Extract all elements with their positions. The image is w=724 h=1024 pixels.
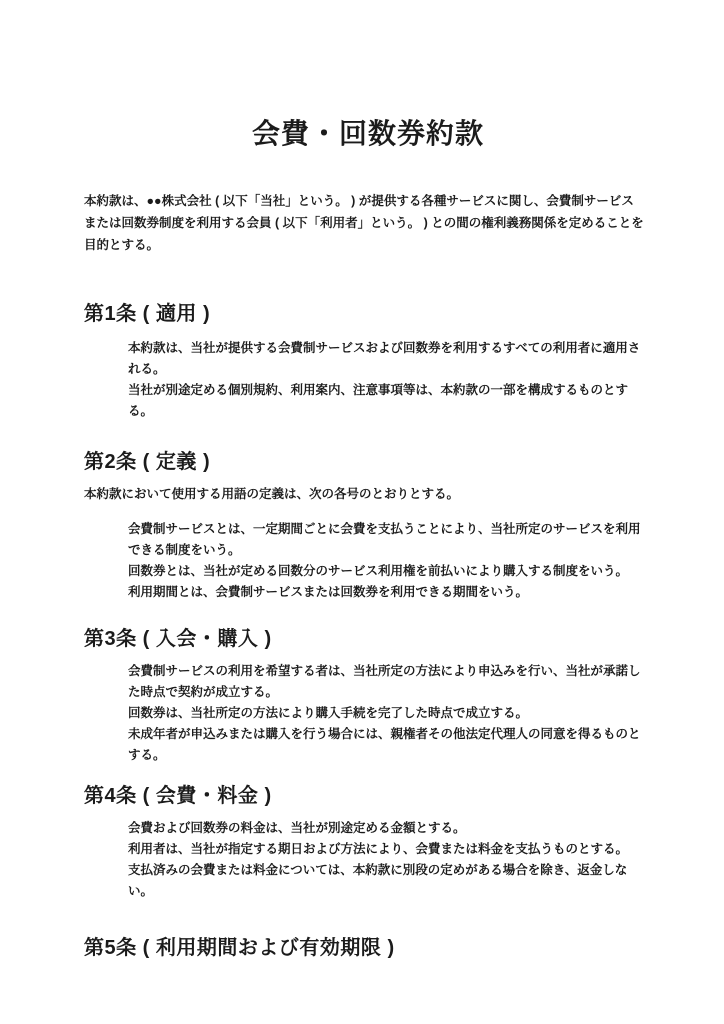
clause-text: 利用期間とは、会費制サービスまたは回数券を利用できる期間をいう。	[128, 582, 642, 603]
article-4-section: 第4条 ( 会費・料金 ) 会費および回数券の料金は、当社が別途定める金額とする…	[84, 782, 652, 902]
clause-text: 回数券とは、当社が定める回数分のサービス利用権を前払いにより購入する制度をいう。	[128, 561, 642, 582]
clause-text: 利用者は、当社が指定する期日および方法により、会費または料金を支払うものとする。	[128, 839, 642, 860]
intro-paragraph: 本約款は、●●株式会社 ( 以下「当社」という。 ) が提供する各種サービスに関…	[84, 190, 644, 256]
clause-text: 会費および回数券の料金は、当社が別途定める金額とする。	[128, 818, 642, 839]
article-1-clauses: 本約款は、当社が提供する会費制サービスおよび回数券を利用するすべての利用者に適用…	[128, 338, 642, 422]
clause-text: 当社が別途定める個別規約、利用案内、注意事項等は、本約款の一部を構成するものとす…	[128, 380, 642, 422]
article-5-heading: 第5条 ( 利用期間および有効期限 )	[84, 934, 652, 962]
clause-text: 会費制サービスの利用を希望する者は、当社所定の方法により申込みを行い、当社が承諾…	[128, 661, 642, 703]
clause-text: 回数券は、当社所定の方法により購入手続を完了した時点で成立する。	[128, 703, 642, 724]
article-4-clauses: 会費および回数券の料金は、当社が別途定める金額とする。 利用者は、当社が指定する…	[128, 818, 642, 902]
article-2-heading: 第2条 ( 定義 )	[84, 448, 652, 476]
article-2-section: 第2条 ( 定義 ) 本約款において使用する用語の定義は、次の各号のとおりとする…	[84, 448, 652, 603]
article-3-heading: 第3条 ( 入会・購入 )	[84, 625, 652, 653]
article-1-section: 第1条 ( 適用 ) 本約款は、当社が提供する会費制サービスおよび回数券を利用す…	[84, 300, 652, 422]
document-page: 会費・回数券約款 本約款は、●●株式会社 ( 以下「当社」という。 ) が提供す…	[0, 0, 724, 1024]
clause-text: 本約款は、当社が提供する会費制サービスおよび回数券を利用するすべての利用者に適用…	[128, 338, 642, 380]
article-3-section: 第3条 ( 入会・購入 ) 会費制サービスの利用を希望する者は、当社所定の方法に…	[84, 625, 652, 766]
article-5-section: 第5条 ( 利用期間および有効期限 )	[84, 934, 652, 962]
article-3-clauses: 会費制サービスの利用を希望する者は、当社所定の方法により申込みを行い、当社が承諾…	[128, 661, 642, 766]
clause-text: 支払済みの会費または料金については、本約款に別段の定めがある場合を除き、返金しな…	[128, 860, 642, 902]
document-title: 会費・回数券約款	[84, 116, 652, 152]
article-1-heading: 第1条 ( 適用 )	[84, 300, 652, 328]
clause-text: 会費制サービスとは、一定期間ごとに会費を支払うことにより、当社所定のサービスを利…	[128, 519, 642, 561]
article-4-heading: 第4条 ( 会費・料金 )	[84, 782, 652, 810]
article-2-lead: 本約款において使用する用語の定義は、次の各号のとおりとする。	[84, 484, 644, 505]
article-2-clauses: 会費制サービスとは、一定期間ごとに会費を支払うことにより、当社所定のサービスを利…	[128, 519, 642, 603]
clause-text: 未成年者が申込みまたは購入を行う場合には、親権者その他法定代理人の同意を得るもの…	[128, 724, 642, 766]
